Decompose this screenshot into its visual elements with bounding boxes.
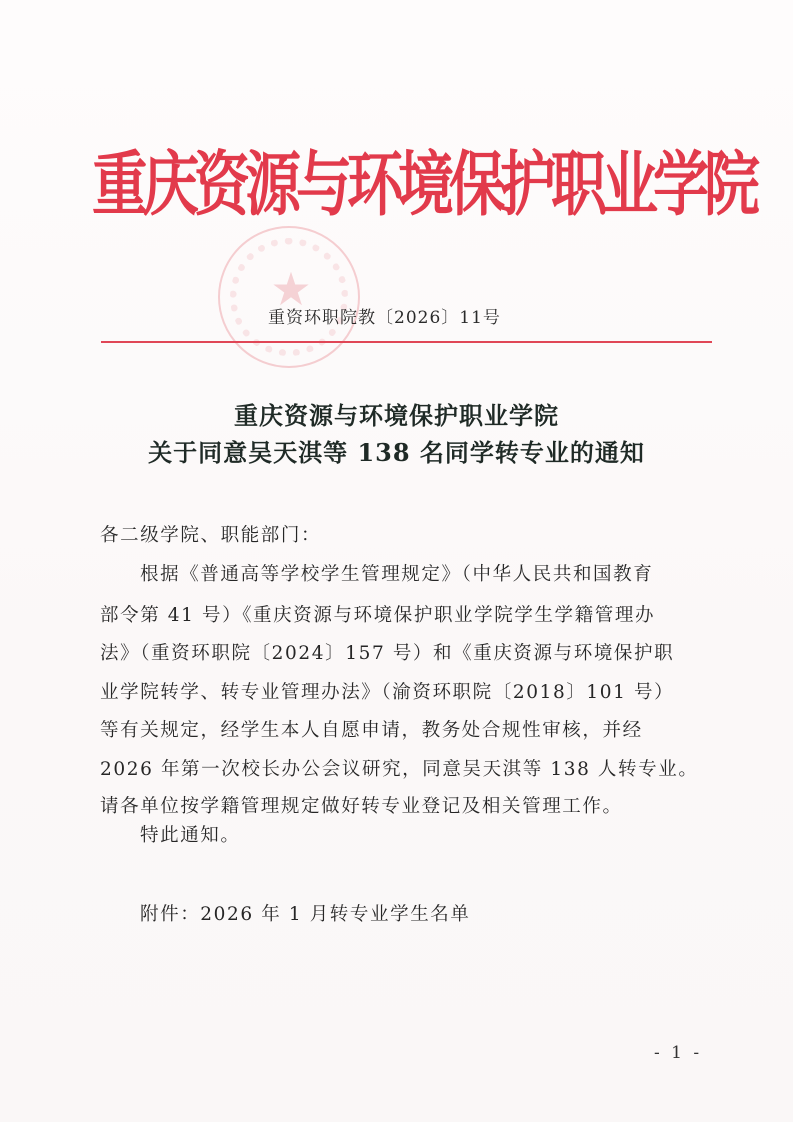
salutation: 各二级学院、职能部门：: [100, 523, 700, 549]
body-line-3: 法》（重资环职院〔2024〕157 号）和《重庆资源与环境保护职: [100, 641, 700, 667]
body-line-5: 等有关规定，经学生本人自愿申请，教务处合规性审核，并经: [100, 718, 700, 744]
body-line-2: 部令第 41 号）《重庆资源与环境保护职业学院学生学籍管理办: [100, 603, 700, 629]
closing-text: 特此通知。: [140, 823, 740, 849]
notice-title-line-2: 关于同意吴天淇等 138 名同学转专业的通知: [0, 433, 793, 468]
official-seal: ★: [218, 226, 360, 368]
red-divider-line: [101, 341, 712, 343]
body-line-1: 根据《普通高等学校学生管理规定》（中华人民共和国教育: [140, 562, 740, 588]
page-number: - 1 -: [654, 1043, 702, 1063]
body-line-4: 业学院转学、转专业管理办法》（渝资环职院〔2018〕101 号）: [100, 680, 700, 706]
document-number: 重资环职院教〔2026〕11号: [268, 306, 501, 330]
notice-title-line-1: 重庆资源与环境保护职业学院: [0, 396, 793, 431]
body-line-6: 2026 年第一次校长办公会议研究，同意吴天淇等 138 人转专业。: [100, 757, 700, 783]
body-line-7: 请各单位按学籍管理规定做好转专业登记及相关管理工作。: [100, 794, 700, 820]
masthead-title: 重庆资源与环境保护职业学院: [92, 126, 752, 246]
attachment-reference: 附件：2026 年 1 月转专业学生名单: [140, 902, 740, 928]
document-page: 重庆资源与环境保护职业学院 ★ 重资环职院教〔2026〕11号 重庆资源与环境保…: [0, 0, 793, 1122]
